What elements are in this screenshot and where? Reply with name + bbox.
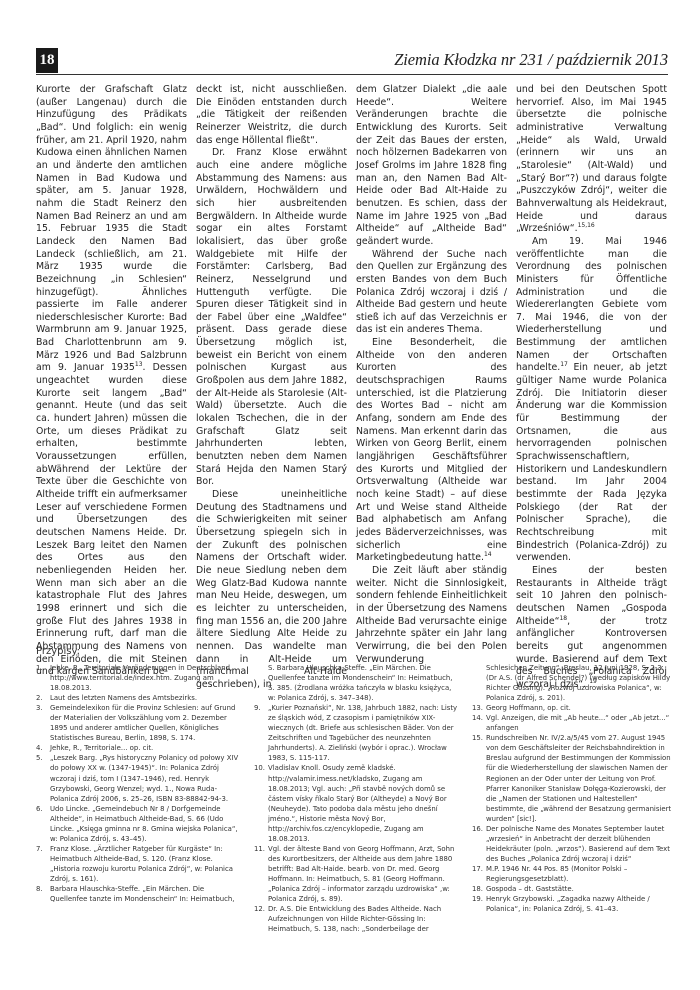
footnote-number: 3. xyxy=(36,703,50,743)
footnote-text: Gospoda – dt. Gaststätte. xyxy=(486,884,676,894)
footnote-item: 19.Henryk Grzybowski. „Zagadka nazwy Alt… xyxy=(472,894,676,914)
footnote-text: Laut des letzten Namens des Amtsbezirks. xyxy=(50,693,240,703)
footnote-number: 6. xyxy=(36,804,50,844)
footnote-number: 11. xyxy=(254,844,268,904)
article-paragraph: Während der Suche nach den Quellen zur E… xyxy=(356,249,507,338)
magazine-page: 18 Ziemia Kłodzka nr 231 / październik 2… xyxy=(0,0,700,990)
footnote-number: 18. xyxy=(472,884,486,894)
footnotes-column-2: S. Barbara Hlauschka-Steffe. „Ein Märche… xyxy=(254,663,458,934)
footnote-text: Dr. A.S. Die Entwicklung des Bades Althe… xyxy=(268,904,458,934)
article-paragraph: Am 19. Mai 1946 veröffentlichte man die … xyxy=(516,236,667,565)
article-paragraph: deckt ist, nicht ausschließen. Die Einöd… xyxy=(196,84,347,147)
footnote-ref: 17 xyxy=(560,361,568,368)
footnote-item: 2.Laut des letzten Namens des Amtsbezirk… xyxy=(36,693,240,703)
footnote-item: 3.Gemeindelexikon für die Provinz Schles… xyxy=(36,703,240,743)
footnote-number: 5. xyxy=(36,753,50,803)
footnote-item: 6.Udo Lincke. „Gemeindebuch Nr 8 / Dorfg… xyxy=(36,804,240,844)
footnote-text: „Leszek Barg. „Rys historyczny Polanicy … xyxy=(50,753,240,803)
footnote-item: 11.Vgl. der älteste Band von Georg Hoffm… xyxy=(254,844,458,904)
footnote-item: Schlesichen Zeitung“, Breslau, 12 Juni 1… xyxy=(472,663,676,703)
footnote-text: Barbara Hlauschka-Steffe. „Ein Märchen. … xyxy=(50,884,240,904)
footnote-item: 9.„Kurier Poznański“, Nr. 138, Jahrbuch … xyxy=(254,703,458,763)
footnote-number: 8. xyxy=(36,884,50,904)
paragraph-text: . Dessen ungeachtet wurden diese Kurorte… xyxy=(36,362,187,677)
footnote-text: Vladislav Knoll. Osudy země kladské. htt… xyxy=(268,763,458,843)
footnotes-section: Przypisy: 1.Jehke, R., Territoriale Verä… xyxy=(36,646,676,934)
footnote-number: 15. xyxy=(472,733,486,823)
paragraph-text: Dr. Franz Klose erwähnt auch eine andere… xyxy=(196,147,347,487)
footnote-number: 10. xyxy=(254,763,268,843)
footnote-text: Der polnische Name des Monates September… xyxy=(486,824,676,864)
footnote-text: Georg Hoffmann, op. cit. xyxy=(486,703,676,713)
article-paragraph: Dr. Franz Klose erwähnt auch eine andere… xyxy=(196,147,347,489)
footnote-number: 16. xyxy=(472,824,486,864)
footnote-item: 17.M.P. 1946 Nr. 44 Pos. 85 (Monitor Pol… xyxy=(472,864,676,884)
article-column-1: Kurorte der Grafschaft Glatz (außer Lang… xyxy=(36,84,187,636)
footnote-number: 1. xyxy=(36,663,50,693)
paragraph-text: Am 19. Mai 1946 veröffentlichte man die … xyxy=(516,236,667,374)
paragraph-text: Kurorte der Grafschaft Glatz (außer Lang… xyxy=(36,84,187,373)
footnote-number: 9. xyxy=(254,703,268,763)
footnote-text: M.P. 1946 Nr. 44 Pos. 85 (Monitor Polski… xyxy=(486,864,676,884)
footnote-item: 1.Jehke, R., Territoriale Veränderungen … xyxy=(36,663,240,693)
footnote-item: S. Barbara Hlauschka-Steffe. „Ein Märche… xyxy=(254,663,458,703)
footnote-item: 5.„Leszek Barg. „Rys historyczny Polanic… xyxy=(36,753,240,803)
article-column-2: deckt ist, nicht ausschließen. Die Einöd… xyxy=(196,84,347,636)
footnote-number: 14. xyxy=(472,713,486,733)
footnote-item: 4.Jehke, R., Territoriale... op. cit. xyxy=(36,743,240,753)
footnote-number: 12. xyxy=(254,904,268,934)
footnote-text: Vgl. Anzeigen, die mit „Ab heute...“ ode… xyxy=(486,713,676,733)
footnote-item: 14.Vgl. Anzeigen, die mit „Ab heute...“ … xyxy=(472,713,676,733)
footnotes-column-1: 1.Jehke, R., Territoriale Veränderungen … xyxy=(36,663,240,934)
article-paragraph: und bei den Deutschen Spott hervorrief. … xyxy=(516,84,667,236)
footnote-item: 15.Rundschreiben Nr. IV/2.a/5/45 vom 27.… xyxy=(472,733,676,823)
footnote-text: Henryk Grzybowski. „Zagadka nazwy Althei… xyxy=(486,894,676,914)
paragraph-text: Ein neuer, ab jetzt gültiger Name wurde … xyxy=(516,362,667,563)
footnote-ref: 14 xyxy=(484,551,492,558)
footnotes-title: Przypisy: xyxy=(36,646,676,657)
footnote-number: 17. xyxy=(472,864,486,884)
paragraph-text: und bei den Deutschen Spott hervorrief. … xyxy=(516,84,667,234)
footnote-item: 8.Barbara Hlauschka-Steffe. „Ein Märchen… xyxy=(36,884,240,904)
footnote-item: 12.Dr. A.S. Die Entwicklung des Bades Al… xyxy=(254,904,458,934)
footnotes-columns: 1.Jehke, R., Territoriale Veränderungen … xyxy=(36,663,676,934)
paragraph-text: deckt ist, nicht ausschließen. Die Einöd… xyxy=(196,84,347,146)
footnotes-column-3: Schlesichen Zeitung“, Breslau, 12 Juni 1… xyxy=(472,663,676,934)
footnote-number: 4. xyxy=(36,743,50,753)
footnote-text: Gemeindelexikon für die Provinz Schlesie… xyxy=(50,703,240,743)
article-paragraph: Kurorte der Grafschaft Glatz (außer Lang… xyxy=(36,84,187,679)
footnote-ref: 13 xyxy=(135,361,143,368)
footnote-text: Vgl. der älteste Band von Georg Hoffmann… xyxy=(268,844,458,904)
paragraph-text: Während der Suche nach den Quellen zur E… xyxy=(356,249,507,336)
article-column-3: dem Glatzer Dialekt „die aale Heede“. We… xyxy=(356,84,507,636)
article-paragraph: dem Glatzer Dialekt „die aale Heede“. We… xyxy=(356,84,507,249)
footnote-number: 13. xyxy=(472,703,486,713)
paragraph-text: Eine Besonderheit, die Altheide von den … xyxy=(356,337,507,563)
paragraph-text: dem Glatzer Dialekt „die aale Heede“. We… xyxy=(356,84,507,247)
footnote-text: Franz Klose. „Ärztlicher Ratgeber für Ku… xyxy=(50,844,240,884)
footnote-number: 2. xyxy=(36,693,50,703)
footnote-text: Jehke, R., Territoriale Veränderungen in… xyxy=(50,663,240,693)
footnote-ref: 15,16 xyxy=(578,222,595,229)
article-paragraph: Eine Besonderheit, die Altheide von den … xyxy=(356,337,507,565)
footnote-number: 19. xyxy=(472,894,486,914)
footnote-number: 7. xyxy=(36,844,50,884)
page-header: 18 Ziemia Kłodzka nr 231 / październik 2… xyxy=(36,48,668,75)
article-body: Kurorte der Grafschaft Glatz (außer Lang… xyxy=(36,84,668,636)
footnote-text: Schlesichen Zeitung“, Breslau, 12 Juni 1… xyxy=(472,663,676,703)
footnote-text: S. Barbara Hlauschka-Steffe. „Ein Märche… xyxy=(254,663,458,703)
footnote-item: 10.Vladislav Knoll. Osudy země kladské. … xyxy=(254,763,458,843)
page-number: 18 xyxy=(36,48,58,73)
running-title: Ziemia Kłodzka nr 231 / październik 2013 xyxy=(394,50,668,70)
footnote-text: Rundschreiben Nr. IV/2.a/5/45 vom 27. Au… xyxy=(486,733,676,823)
footnote-text: Jehke, R., Territoriale... op. cit. xyxy=(50,743,240,753)
footnote-text: „Kurier Poznański“, Nr. 138, Jahrbuch 18… xyxy=(268,703,458,763)
article-column-4: und bei den Deutschen Spott hervorrief. … xyxy=(516,84,667,636)
footnote-item: 7.Franz Klose. „Ärztlicher Ratgeber für … xyxy=(36,844,240,884)
footnote-item: 18.Gospoda – dt. Gaststätte. xyxy=(472,884,676,894)
footnote-item: 13.Georg Hoffmann, op. cit. xyxy=(472,703,676,713)
footnote-text: Udo Lincke. „Gemeindebuch Nr 8 / Dorfgem… xyxy=(50,804,240,844)
footnote-ref: 18 xyxy=(559,614,567,621)
footnote-item: 16.Der polnische Name des Monates Septem… xyxy=(472,824,676,864)
